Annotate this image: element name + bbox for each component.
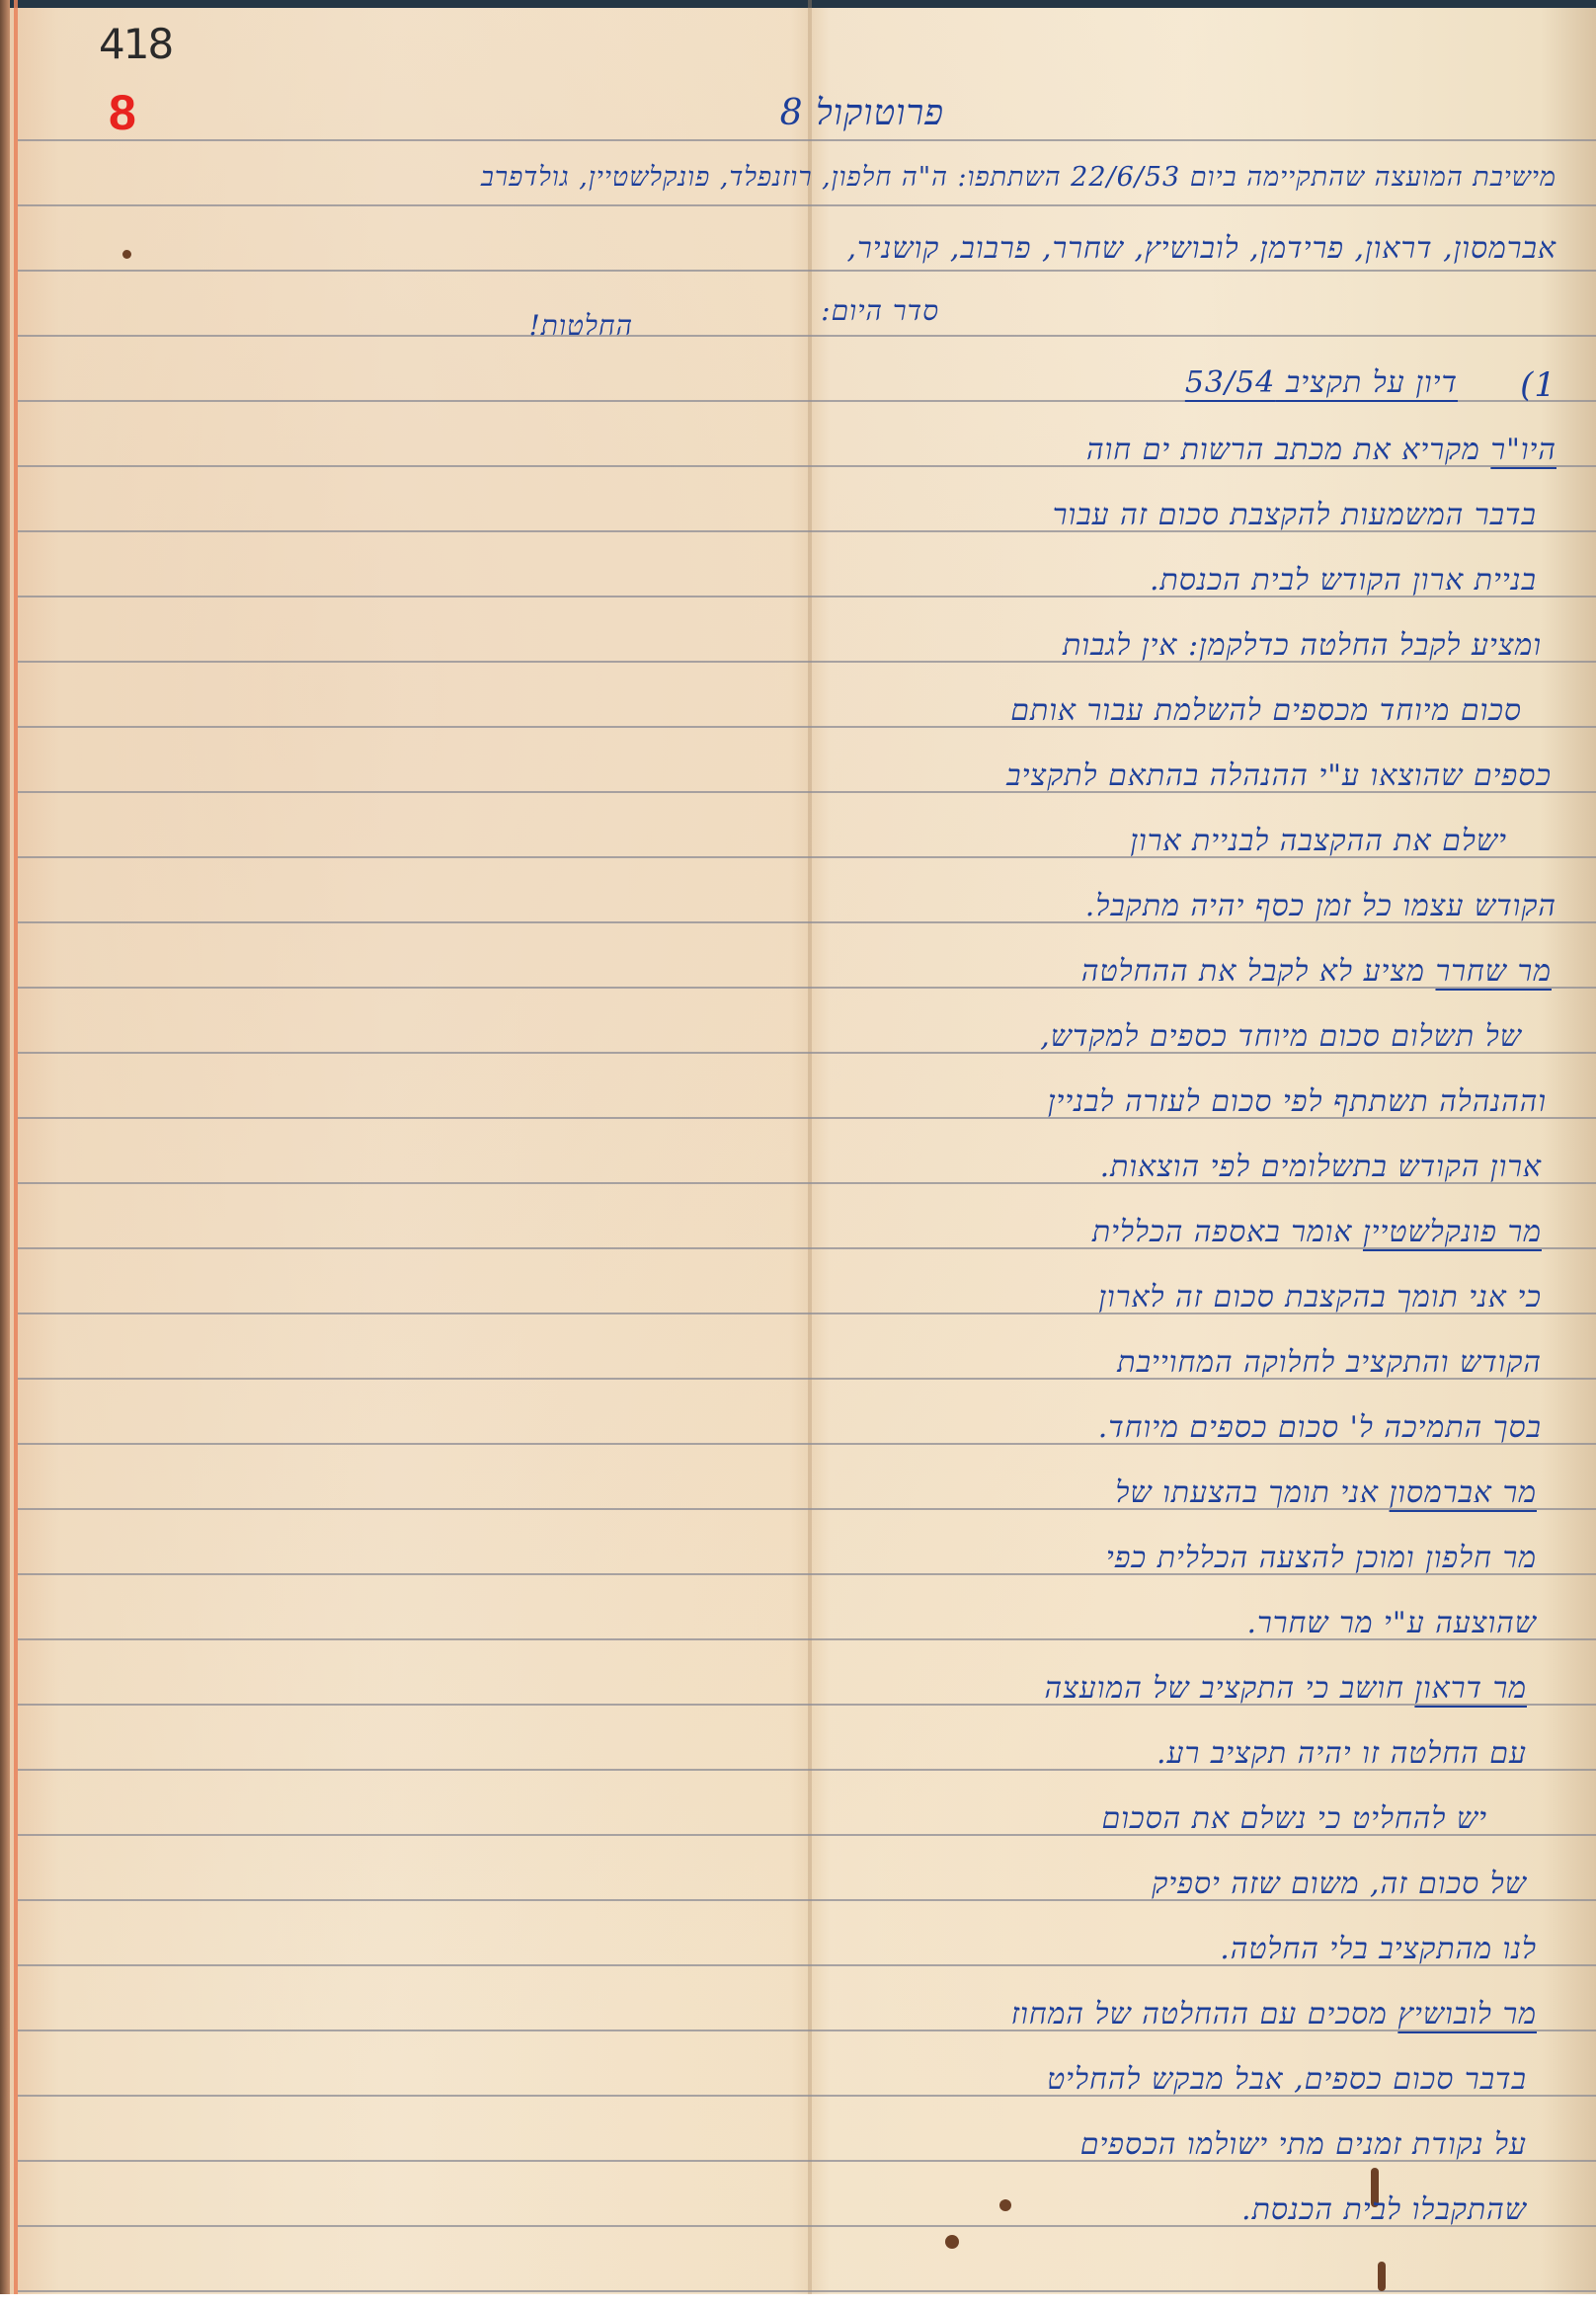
minutes-line: מר לובושיץ מסכים עם ההחלטה של המחוז: [1011, 1995, 1537, 2034]
minutes-line: על נקודת זמנים מתי ישולמו הכספים: [1080, 2125, 1527, 2165]
minutes-line: בניית ארון הקודש לבית הכנסת.: [1150, 561, 1537, 600]
page-fold: [808, 0, 812, 2308]
ink-spot: [945, 2235, 959, 2249]
minutes-line: מר פונקלשטיין אומר באספה הכללית: [1092, 1213, 1542, 1252]
speaker-name: מר לובושיץ: [1397, 1997, 1537, 2031]
notebook-page: 418 8 פרוטוקול 8 מישיבת המועצה שהתקיימה …: [0, 0, 1596, 2308]
ink-spot: [999, 2199, 1011, 2211]
archive-number: 418: [99, 20, 172, 68]
minutes-line: מר חלפון ומוכן להצעה הכללית כפי: [1106, 1539, 1537, 1578]
ruled-line: [18, 139, 1596, 141]
minutes-line: וההנהלה תשתתף לפי סכום לעזרה לבניין: [1048, 1082, 1547, 1122]
minutes-line: שהתקבלו לבית הכנסת.: [1241, 2190, 1527, 2230]
minutes-line: בדבר סכום כספים, אבל מבקש להחליט: [1047, 2060, 1527, 2100]
ruled-line: [18, 204, 1596, 206]
minutes-line: היו"ר מקריא את מכתב הרשות ים חוה: [1086, 431, 1556, 470]
agenda-item-title: דיון על תקציב 53/54: [1185, 363, 1458, 403]
minutes-line: כי אני תומך בהקצבת סכום זה לארון: [1098, 1278, 1542, 1317]
minutes-line: ישלם את ההקצבה לבניית ארון: [1130, 822, 1507, 861]
ink-stain: [1378, 2262, 1386, 2291]
minutes-line: כספים שהוצאו ע"י ההנהלה בהתאם לתקציב: [1006, 756, 1552, 796]
minutes-line: ומציע לקבל החלטה כדלקמן: אין לגבות: [1063, 626, 1542, 666]
attendance-line-2: אברמסון, דראון, פרידמן, לובושיץ, שחרר, פ…: [846, 229, 1556, 269]
document-title: פרוטוקול 8: [780, 94, 944, 133]
minutes-line: בדבר המשמעות להקצבת סכום זה עבור: [1053, 496, 1537, 535]
speaker-name: מר דראון: [1414, 1671, 1527, 1706]
minutes-line: מר אברמסון אני תומך בהצעתו של: [1115, 1473, 1537, 1513]
ruled-line: [18, 335, 1596, 337]
ruled-line: [18, 270, 1596, 272]
minutes-line: ארון הקודש בתשלומים לפי הוצאות.: [1100, 1148, 1542, 1187]
minutes-line: לנו מהתקציב בלי החלטה.: [1220, 1930, 1537, 1969]
minutes-line: הקודש והתקציב לחלוקה המחוייבת: [1117, 1343, 1542, 1383]
agenda-label: סדר היום:: [821, 291, 939, 331]
page-number: 8: [109, 84, 136, 141]
minutes-line: של סכום זה, משום שזה יספיק: [1152, 1865, 1527, 1904]
ink-spot: [122, 250, 131, 259]
minutes-line: הקודש עצמו כל זמן כסף יהיה מתקבל.: [1085, 887, 1556, 926]
minutes-line: יש להחליט כי נשלם את הסכום: [1102, 1799, 1487, 1839]
speaker-name: מר פונקלשטיין: [1363, 1215, 1542, 1249]
minutes-line: עם החלטה זו יהיה תקציב רע.: [1157, 1734, 1527, 1774]
speaker-name: היו"ר: [1490, 433, 1556, 467]
minutes-line: מר שחרר מציע לא לקבל את ההחלטה: [1081, 952, 1552, 992]
scan-bottom-border: [0, 2294, 1596, 2308]
scan-top-border: [0, 0, 1596, 8]
margin-line: [14, 0, 18, 2308]
minutes-line: סכום מיוחד מכספים להשלמת עבור אותם: [1010, 691, 1522, 731]
minutes-line: של תשלום סכום מיוחד כספים למקדש,: [1040, 1017, 1522, 1057]
decisions-label: החלטות!: [529, 306, 633, 346]
minutes-line: שהוצעה ע"י מר שחרר.: [1246, 1604, 1537, 1643]
attendance-line: מישיבת המועצה שהתקיימה ביום 22/6/53 השתת…: [481, 158, 1556, 198]
binding-edge: [0, 0, 10, 2308]
agenda-item-number: 1): [1520, 365, 1556, 405]
minutes-line: מר דראון חושב כי התקציב של המועצה: [1044, 1669, 1527, 1709]
minutes-line: בסך התמיכה ל' סכום כספים מיוחד.: [1098, 1408, 1542, 1448]
speaker-name: מר אברמסון: [1390, 1475, 1537, 1510]
ruled-line: [18, 2290, 1596, 2292]
speaker-name: מר שחרר: [1435, 954, 1552, 989]
